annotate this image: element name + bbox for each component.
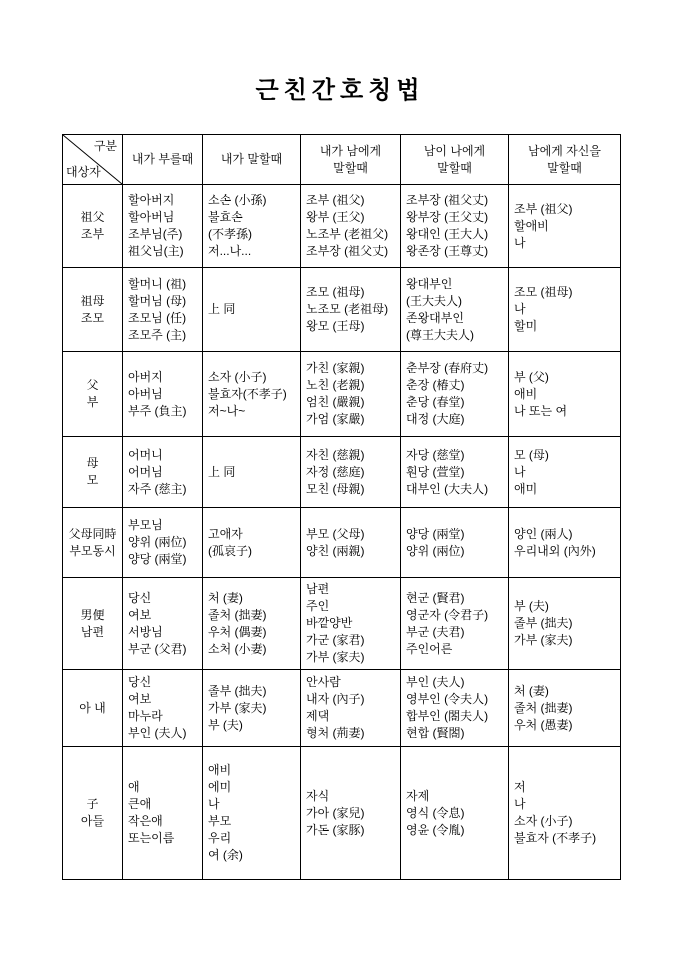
term-line: 가부 (家夫) [208,700,299,717]
term-line: 합부인 (閤夫人) [406,708,507,725]
term-cell: 소손 (小孫)불효손(不孝孫)저...나... [203,185,301,268]
subject-line: 모 [64,472,121,489]
term-cell: 당신여보마누라부인 (夫人) [123,670,203,747]
term-line: 가아 (家兒) [306,805,399,822]
term-line: 서방님 [128,624,201,641]
term-line: 나 [514,464,619,481]
term-cell: 현군 (賢君)영군자 (令君子)부군 (夫君)주인어른 [401,578,509,670]
term-line: 노친 (老親) [306,377,399,394]
term-line: 노조모 (老祖母) [306,301,399,318]
term-cell: 양인 (兩人)우리내외 (內外) [509,508,621,578]
term-line: 양위 (兩位) [406,543,507,560]
column-header-line: 말할때 [302,160,399,177]
term-line: 영식 (令息) [406,805,507,822]
term-cell: 부 (夫)졸부 (拙夫)가부 (家夫) [509,578,621,670]
term-line: 처 (妻) [208,590,299,607]
term-line: 부모님 [128,517,201,534]
term-line: 대정 (大庭) [406,411,507,428]
subject-line: 母 [64,455,121,472]
term-line: 소자 (小子) [514,813,619,830]
term-line: 춘장 (椿丈) [406,377,507,394]
term-line: 조모 (祖母) [514,284,619,301]
subject-line: 부모동시 [64,543,121,560]
term-line: 양인 (兩人) [514,526,619,543]
term-line: 당신 [128,674,201,691]
term-line: 현합 (賢閤) [406,725,507,742]
term-cell: 소자 (小子)불효자(不孝子)저~나~ [203,352,301,437]
term-line: 할아버님 [128,209,201,226]
subject-line: 아들 [64,813,121,830]
corner-cell: 구분 대상자 [63,135,123,185]
term-line: 자식 [306,788,399,805]
term-line: 저...나... [208,243,299,260]
term-line: 내자 (內子) [306,691,399,708]
term-cell: 안사람내자 (內子)제댁형처 (荊妻) [301,670,401,747]
term-line: 처 (妻) [514,683,619,700]
subject-cell: 祖母조모 [63,268,123,352]
term-line: 왕존장 (王尊丈) [406,243,507,260]
term-line: 불효자 (不孝子) [514,830,619,847]
term-line: 부군 (夫君) [406,624,507,641]
table-row: 祖父조부할아버지할아버님조부님(주)祖父님(主)소손 (小孫)불효손(不孝孫)저… [63,185,621,268]
term-line: 나 [514,235,619,252]
term-line: 저~나~ [208,403,299,420]
term-line: 왕대인 (王大人) [406,226,507,243]
term-line: 고애자 [208,526,299,543]
term-cell: 조부 (祖父)할애비나 [509,185,621,268]
term-line: 여보 [128,691,201,708]
term-line: 가부 (家夫) [306,649,399,666]
term-line: 할머님 (母) [128,293,201,310]
term-line: 上 同 [208,301,299,318]
term-line: 부주 (負主) [128,403,201,420]
term-line: 자주 (慈主) [128,481,201,498]
term-line: 왕대부인 [406,276,507,293]
term-line: 어머니 [128,447,201,464]
term-cell: 上 同 [203,268,301,352]
term-line: 양당 (兩堂) [406,526,507,543]
term-line: 할미 [514,318,619,335]
term-cell: 모 (母)나애미 [509,437,621,508]
term-line: 자정 (慈庭) [306,464,399,481]
subject-cell: 父부 [63,352,123,437]
term-line: 가부 (家夫) [514,632,619,649]
subject-line: 父 [64,377,121,394]
term-cell: 당신여보서방님부군 (父君) [123,578,203,670]
term-line: 소자 (小子) [208,369,299,386]
term-line: 바깥양반 [306,615,399,632]
term-line: 왕부장 (王父丈) [406,209,507,226]
term-line: 졸부 (拙夫) [514,615,619,632]
term-cell: 춘부장 (春府丈)춘장 (椿丈)춘당 (春堂)대정 (大庭) [401,352,509,437]
term-line: 당신 [128,590,201,607]
term-line: 노조부 (老祖父) [306,226,399,243]
term-cell: 애비에미나부모우리여 (余) [203,747,301,880]
term-line: 영윤 (令胤) [406,822,507,839]
term-line: 애비 [208,762,299,779]
term-line: 애 [128,779,201,796]
corner-label-subject: 대상자 [66,164,101,181]
term-line: 나 [514,301,619,318]
term-line: 여 (余) [208,847,299,864]
term-line: 가엄 (家嚴) [306,411,399,428]
term-line: 주인어른 [406,641,507,658]
table-row: 子아들애큰애작은애또는이름애비에미나부모우리여 (余)자식가아 (家兒)가돈 (… [63,747,621,880]
document-page: 근친간호칭법 구분 대상자 내가 부를때내가 말할때내가 남에게말할때남이 나에… [0,0,680,962]
column-header-5: 남에게 자신을말할때 [509,135,621,185]
term-line: 엄친 (嚴親) [306,394,399,411]
term-line: 조모주 (主) [128,327,201,344]
term-line: 애비 [514,386,619,403]
term-line: (王大夫人) [406,293,507,310]
term-line: 上 同 [208,464,299,481]
subject-cell: 母모 [63,437,123,508]
term-cell: 처 (妻)졸처 (拙妻)우처 (愚妻) [509,670,621,747]
term-line: 아버지 [128,369,201,386]
term-line: 소손 (小孫) [208,192,299,209]
column-header-line: 내가 남에게 [302,143,399,160]
term-cell: 고애자(孤哀子) [203,508,301,578]
term-cell: 자당 (慈堂)훤당 (萱堂)대부인 (大夫人) [401,437,509,508]
table-row: 母모어머니어머님자주 (慈主)上 同자친 (慈親)자정 (慈庭)모친 (母親)자… [63,437,621,508]
kinship-table-body: 祖父조부할아버지할아버님조부님(주)祖父님(主)소손 (小孫)불효손(不孝孫)저… [63,185,621,880]
term-cell: 졸부 (拙夫)가부 (家夫)부 (夫) [203,670,301,747]
subject-cell: 父母同時부모동시 [63,508,123,578]
table-row: 父부아버지아버님부주 (負主)소자 (小子)불효자(不孝子)저~나~가친 (家親… [63,352,621,437]
subject-line: 남편 [64,624,121,641]
term-line: 제댁 [306,708,399,725]
term-cell: 어머니어머님자주 (慈主) [123,437,203,508]
term-cell: 가친 (家親)노친 (老親)엄친 (嚴親)가엄 (家嚴) [301,352,401,437]
column-header-2: 내가 말할때 [203,135,301,185]
term-line: (孤哀子) [208,543,299,560]
subject-line: 男便 [64,607,121,624]
term-line: 우리 [208,830,299,847]
term-line: 주인 [306,598,399,615]
term-cell: 부 (父)애비나 또는 여 [509,352,621,437]
term-line: 자친 (慈親) [306,447,399,464]
term-cell: 처 (妻)졸처 (拙妻)우처 (偶妻)소처 (小妻) [203,578,301,670]
column-header-1: 내가 부를때 [123,135,203,185]
term-line: 조부장 (祖父丈) [306,243,399,260]
term-cell: 부인 (夫人)영부인 (令夫人)합부인 (閤夫人)현합 (賢閤) [401,670,509,747]
term-cell: 저나소자 (小子)불효자 (不孝子) [509,747,621,880]
term-line: 할아버지 [128,192,201,209]
term-line: 춘부장 (春府丈) [406,360,507,377]
term-line: 자제 [406,788,507,805]
kinship-table: 구분 대상자 내가 부를때내가 말할때내가 남에게말할때남이 나에게말할때남에게… [62,134,621,880]
term-line: 현군 (賢君) [406,590,507,607]
term-line: 여보 [128,607,201,624]
term-cell: 남편주인바깥양반가군 (家君)가부 (家夫) [301,578,401,670]
term-line: 존왕대부인 [406,310,507,327]
term-cell: 양당 (兩堂)양위 (兩位) [401,508,509,578]
column-header-3: 내가 남에게말할때 [301,135,401,185]
term-line: 우처 (偶妻) [208,624,299,641]
table-row: 祖母조모할머니 (祖)할머님 (母)조모님 (任)조모주 (主)上 同조모 (祖… [63,268,621,352]
term-line: 춘당 (春堂) [406,394,507,411]
term-line: 또는이름 [128,830,201,847]
term-line: 애미 [514,481,619,498]
term-cell: 왕대부인(王大夫人)존왕대부인(尊王大夫人) [401,268,509,352]
term-line: 왕모 (王母) [306,318,399,335]
term-cell: 자제영식 (令息)영윤 (令胤) [401,747,509,880]
term-line: 마누라 [128,708,201,725]
term-line: 졸처 (拙妻) [514,700,619,717]
term-line: 불효자(不孝子) [208,386,299,403]
term-line: 부 (夫) [514,598,619,615]
term-line: 할머니 (祖) [128,276,201,293]
term-cell: 조모 (祖母)나할미 [509,268,621,352]
term-line: 남편 [306,581,399,598]
term-line: 우처 (愚妻) [514,717,619,734]
term-line: 부모 [208,813,299,830]
term-line: 졸부 (拙夫) [208,683,299,700]
term-cell: 자친 (慈親)자정 (慈庭)모친 (母親) [301,437,401,508]
term-cell: 할머니 (祖)할머님 (母)조모님 (任)조모주 (主) [123,268,203,352]
term-line: 영군자 (令君子) [406,607,507,624]
term-line: 祖父님(主) [128,243,201,260]
term-line: 양당 (兩堂) [128,551,201,568]
term-line: 조부 (祖父) [514,201,619,218]
term-line: (尊王大夫人) [406,327,507,344]
term-line: 형처 (荊妻) [306,725,399,742]
column-header-line: 남에게 자신을 [510,143,619,160]
term-line: 부 (夫) [208,717,299,734]
term-cell: 아버지아버님부주 (負主) [123,352,203,437]
term-line: 가친 (家親) [306,360,399,377]
column-header-line: 말할때 [402,160,507,177]
term-cell: 부모님양위 (兩位)양당 (兩堂) [123,508,203,578]
term-line: 안사람 [306,674,399,691]
term-line: 소처 (小妻) [208,641,299,658]
table-row: 아 내당신여보마누라부인 (夫人)졸부 (拙夫)가부 (家夫)부 (夫)안사람내… [63,670,621,747]
subject-line: 祖父 [64,209,121,226]
subject-line: 조부 [64,226,121,243]
term-line: 부군 (父君) [128,641,201,658]
subject-line: 부 [64,394,121,411]
subject-line: 祖母 [64,293,121,310]
subject-line: 父母同時 [64,526,121,543]
column-header-line: 남이 나에게 [402,143,507,160]
term-line: 아버님 [128,386,201,403]
subject-cell: 男便남편 [63,578,123,670]
term-line: 어머님 [128,464,201,481]
table-row: 父母同時부모동시부모님양위 (兩位)양당 (兩堂)고애자(孤哀子)부모 (父母)… [63,508,621,578]
column-header-line: 말할때 [510,160,619,177]
term-line: 자당 (慈堂) [406,447,507,464]
term-line: 부모 (父母) [306,526,399,543]
subject-cell: 祖父조부 [63,185,123,268]
subject-cell: 아 내 [63,670,123,747]
document-title: 근친간호칭법 [0,70,680,105]
term-line: 양친 (兩親) [306,543,399,560]
term-line: 나 [514,796,619,813]
term-line: 가군 (家君) [306,632,399,649]
term-line: (不孝孫) [208,226,299,243]
term-line: 대부인 (大夫人) [406,481,507,498]
term-line: 영부인 (令夫人) [406,691,507,708]
subject-cell: 子아들 [63,747,123,880]
term-line: 조모 (祖母) [306,284,399,301]
column-header-4: 남이 나에게말할때 [401,135,509,185]
term-line: 큰애 [128,796,201,813]
term-cell: 조모 (祖母)노조모 (老祖母)왕모 (王母) [301,268,401,352]
subject-line: 조모 [64,310,121,327]
term-line: 우리내외 (內外) [514,543,619,560]
term-line: 나 또는 여 [514,403,619,420]
term-cell: 애큰애작은애또는이름 [123,747,203,880]
term-line: 조부장 (祖父丈) [406,192,507,209]
term-line: 모친 (母親) [306,481,399,498]
subject-line: 아 내 [64,700,121,717]
term-line: 부인 (夫人) [406,674,507,691]
term-line: 조부님(주) [128,226,201,243]
table-header-row: 구분 대상자 내가 부를때내가 말할때내가 남에게말할때남이 나에게말할때남에게… [63,135,621,185]
term-cell: 조부장 (祖父丈)왕부장 (王父丈)왕대인 (王大人)왕존장 (王尊丈) [401,185,509,268]
term-line: 조부 (祖父) [306,192,399,209]
term-line: 왕부 (王父) [306,209,399,226]
term-line: 저 [514,779,619,796]
term-line: 에미 [208,779,299,796]
term-line: 부 (父) [514,369,619,386]
term-line: 할애비 [514,218,619,235]
subject-line: 子 [64,796,121,813]
term-line: 양위 (兩位) [128,534,201,551]
term-line: 졸처 (拙妻) [208,607,299,624]
table-row: 男便남편당신여보서방님부군 (父君)처 (妻)졸처 (拙妻)우처 (偶妻)소처 … [63,578,621,670]
term-line: 나 [208,796,299,813]
term-line: 가돈 (家豚) [306,822,399,839]
term-line: 작은애 [128,813,201,830]
term-cell: 자식가아 (家兒)가돈 (家豚) [301,747,401,880]
column-header-line: 내가 부를때 [124,151,201,168]
term-line: 훤당 (萱堂) [406,464,507,481]
column-header-line: 내가 말할때 [204,151,299,168]
term-line: 부인 (夫人) [128,725,201,742]
term-line: 조모님 (任) [128,310,201,327]
term-cell: 할아버지할아버님조부님(주)祖父님(主) [123,185,203,268]
term-cell: 上 同 [203,437,301,508]
term-line: 불효손 [208,209,299,226]
term-cell: 조부 (祖父)왕부 (王父)노조부 (老祖父)조부장 (祖父丈) [301,185,401,268]
corner-label-category: 구분 [94,138,117,155]
term-line: 모 (母) [514,447,619,464]
term-cell: 부모 (父母)양친 (兩親) [301,508,401,578]
